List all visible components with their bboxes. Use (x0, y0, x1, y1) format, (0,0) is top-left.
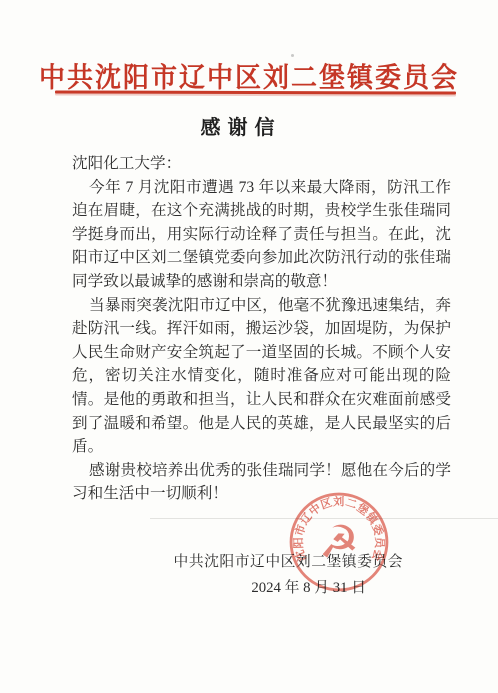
signature-org-name: 中共沈阳市辽中区刘二堡镇委员会 (174, 550, 403, 571)
scanner-streak-artifact (150, 518, 498, 519)
paragraph-3: 感谢贵校培养出优秀的张佳瑞同学！愿他在今后的学习和生活中一切顺利！ (72, 459, 451, 506)
signature-date: 2024 年 8 月 31 日 (251, 576, 366, 597)
salutation: 沈阳化工大学： (72, 152, 451, 176)
paragraph-1: 今年 7 月沈阳市遭遇 73 年以来最大降雨，防汛工作迫在眉睫，在这个充满挑战的… (72, 176, 451, 294)
paragraph-2: 当暴雨突袭沈阳市辽中区，他毫不犹豫迅速集结，奔赴防汛一线。挥汗如雨，搬运沙袋，加… (72, 294, 451, 459)
letterhead-org-name: 中共沈阳市辽中区刘二堡镇委员会 (0, 56, 498, 95)
letter-body: 沈阳化工大学： 今年 7 月沈阳市遭遇 73 年以来最大降雨，防汛工作迫在眉睫，… (72, 152, 451, 506)
scanned-letter-page: 中共沈阳市辽中区刘二堡镇委员会 感谢信 沈阳化工大学： 今年 7 月沈阳市遭遇 … (0, 0, 498, 693)
document-title: 感谢信 (0, 111, 490, 140)
scan-speck (291, 54, 294, 57)
